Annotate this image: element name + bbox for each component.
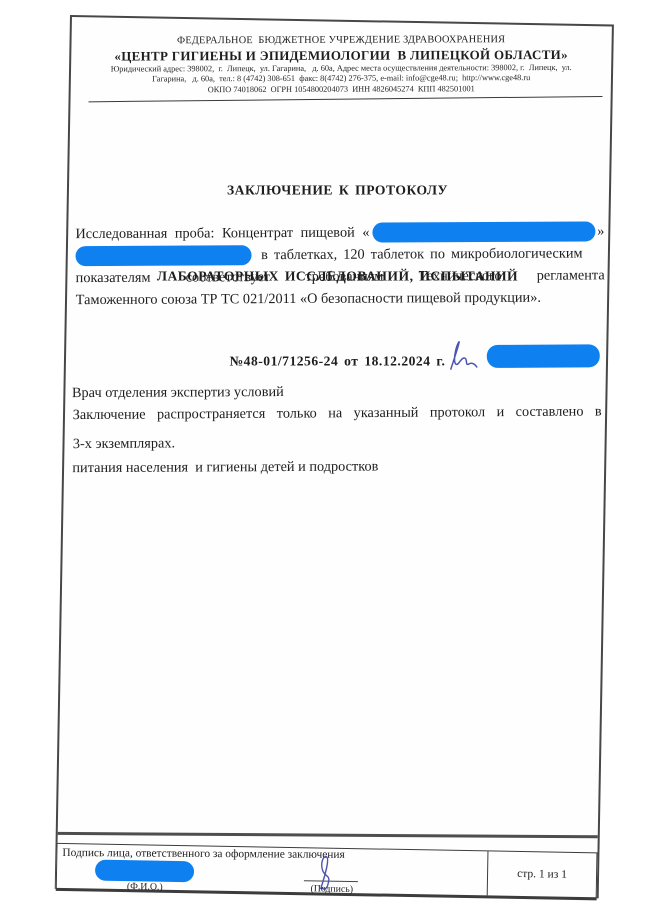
title-line1: ЗАКЛЮЧЕНИЕ К ПРОТОКОЛУ [67,177,607,206]
signature-caption: (Подпись) [287,883,377,896]
page-number: стр. 1 из 1 [517,868,567,881]
doctor-signature-ink [444,333,484,375]
body-line4: Таможенного союза ТР ТС 021/2011 «О безо… [76,286,605,311]
header-divider [88,96,602,102]
redaction-product-name-2 [75,245,251,266]
note-block: Заключение распространяется только на ук… [73,397,602,458]
body-line1: Исследованная проба: Концентрат пищевой … [75,220,604,245]
redaction-product-name [372,221,595,242]
footer-top-rule [58,832,598,838]
org-address-line2: Гагарина, д. 60а, тел.: 8 (4742) 308-651… [71,73,611,85]
document-page: ФЕДЕРАЛЬНОЕ БЮДЖЕТНОЕ УЧРЕЖДЕНИЕ ЗДРАВОО… [55,15,614,898]
note-line2: 3-х экземплярах. [73,426,602,458]
org-codes-line: ОКПО 74018062 ОГРН 1054800204073 ИНН 482… [71,84,611,96]
note-line1: Заключение распространяется только на ук… [73,397,602,429]
footer-cell-page: стр. 1 из 1 [488,851,597,897]
body-line2-text: в таблетках, 120 таблеток по микробиолог… [261,245,582,263]
sample-paragraph: Исследованная проба: Концентрат пищевой … [75,220,604,311]
redaction-responsible-name [95,860,194,883]
redaction-doctor-name [487,344,600,368]
body-line3: показателям соответствует требованиям Те… [76,264,605,289]
footer-table: Подпись лица, ответственного за оформлен… [56,843,598,900]
body-line1-close-quote: » [597,220,604,242]
scanned-document-canvas: ФЕДЕРАЛЬНОЕ БЮДЖЕТНОЕ УЧРЕЖДЕНИЕ ЗДРАВОО… [0,0,652,919]
org-name-center: «ЦЕНТР ГИГИЕНЫ И ЭПИДЕМИОЛОГИИ В ЛИПЕЦКО… [71,46,611,65]
footer-cell-signature: Подпись лица, ответственного за оформлен… [57,844,489,896]
org-header: ФЕДЕРАЛЬНОЕ БЮДЖЕТНОЕ УЧРЕЖДЕНИЕ ЗДРАВОО… [71,33,611,96]
body-line2: в таблетках, 120 таблеток по микробиолог… [75,242,604,267]
fio-caption: (Ф.И.О.) [85,880,205,893]
body-line1-text: Исследованная проба: Концентрат пищевой … [75,222,369,246]
